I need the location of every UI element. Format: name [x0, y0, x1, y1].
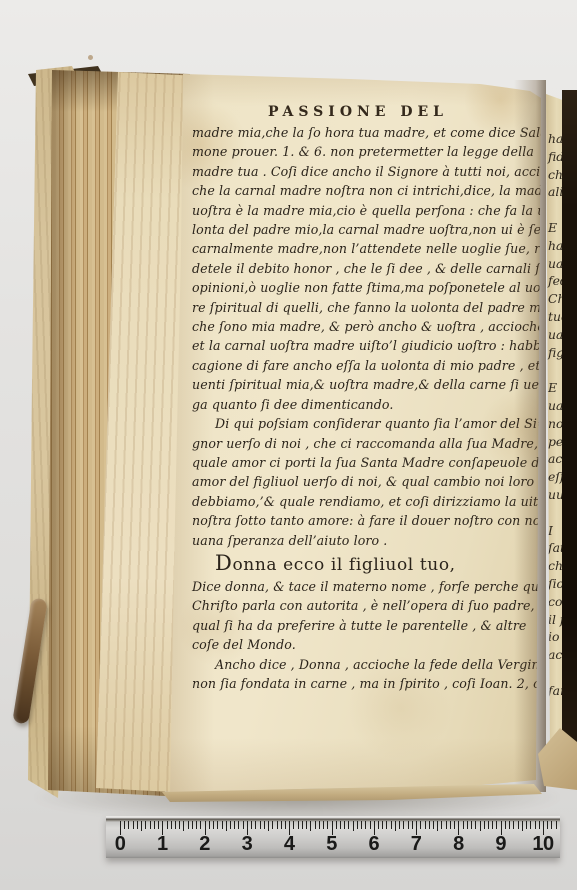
text-line: mone prouer. 1. & 6. non pretermetter la…: [192, 142, 542, 161]
ruler-tick: [285, 821, 286, 829]
ruler-tick: [454, 821, 455, 829]
verse-heading: Donna ecco il figliuol tuo,: [192, 552, 542, 576]
ruler-tick: [378, 821, 379, 829]
ruler-tick: [175, 821, 176, 829]
text-line: Ancho dice , Donna , accioche la fede de…: [192, 655, 542, 674]
ruler-tick: [492, 821, 493, 829]
ruler-tick: [306, 821, 307, 829]
running-head: PASSIONE DEL: [182, 104, 534, 120]
ruler-tick: [302, 821, 303, 829]
ruler-tick: [281, 821, 282, 829]
ruler-tick: [217, 821, 218, 829]
ruler-tick: [539, 821, 540, 829]
text-line: gnor uerſo di noi , che ci raccomanda al…: [192, 434, 542, 453]
ruler-number: 3: [242, 833, 253, 856]
ruler-tick: [437, 821, 438, 831]
ruler-numbers: 012345678910: [106, 833, 560, 857]
ruler-tick: [556, 821, 557, 829]
ruler-tick: [429, 821, 430, 829]
ruler-tick: [255, 821, 256, 829]
ruler-number: 2: [199, 833, 210, 856]
ruler-tick: [475, 821, 476, 829]
ruler-tick: [361, 821, 362, 829]
ruler-tick: [145, 821, 146, 829]
text-line: re ſpiritual di quelli, che fanno la uol…: [192, 298, 542, 317]
ruler-tick: [530, 821, 531, 829]
ruler-tick: [141, 821, 142, 831]
ruler-tick: [348, 821, 349, 829]
ruler-tick: [154, 821, 155, 829]
ruler-tick: [480, 821, 481, 831]
gutter-shadow: [514, 80, 546, 792]
ruler-tick: [433, 821, 434, 829]
text-line: carnalmente madre,non l’attendete nelle …: [192, 239, 542, 258]
ruler-number: 0: [115, 833, 126, 856]
text-line: qual ſi ha da preferire à tutte le paren…: [192, 616, 542, 635]
ruler-tick: [260, 821, 261, 829]
ruler-tick: [391, 821, 392, 829]
text-line: debbiamo,’& quale rendiamo, et coſi diri…: [192, 492, 542, 511]
ruler-number: 7: [411, 833, 422, 856]
text-block: madre mia,che la ſo hora tua madre, et c…: [192, 123, 542, 693]
ruler-tick: [167, 821, 168, 829]
ruler-tick: [323, 821, 324, 829]
text-line: che la carnal madre noſtra non ci intric…: [192, 181, 542, 200]
ruler-tick: [133, 821, 134, 829]
ruler-tick: [277, 821, 278, 829]
ruler-tick: [547, 821, 548, 829]
text-line: coſe del Mondo.: [192, 635, 542, 654]
paragraph: madre mia,che la ſo hora tua madre, et c…: [192, 123, 542, 414]
ruler-tick: [222, 821, 223, 829]
text-line: non ſia fondata in carne , ma in ſpirito…: [192, 674, 542, 693]
text-line: noſtra ſotto tanto amore: à fare il doue…: [192, 511, 542, 530]
text-line: che ſono mia madre, & però ancho & uoſtr…: [192, 317, 542, 336]
text-line: Di qui poſsiam conſiderar quanto ſia l’a…: [192, 414, 542, 433]
text-line: uoſtra è la madre mia,cio è quella perſo…: [192, 201, 542, 220]
ruler-tick: [327, 821, 328, 829]
ruler-tick: [463, 821, 464, 829]
ruler-tick: [188, 821, 189, 829]
ruler-tick: [370, 821, 371, 829]
ruler-tick: [526, 821, 527, 829]
ruler-tick: [386, 821, 387, 829]
ruler-tick: [158, 821, 159, 829]
ruler-number: 1: [157, 833, 168, 856]
ruler-tick: [251, 821, 252, 829]
ruler-number: 9: [495, 833, 506, 856]
ruler-tick: [272, 821, 273, 829]
ruler-tick: [319, 821, 320, 829]
text-line: uenti ſpiritual mia,& uoſtra madre,& del…: [192, 375, 542, 394]
ruler-tick: [496, 821, 497, 829]
text-line: detele il debito honor , che le ſi dee ,…: [192, 259, 542, 278]
ruler-tick: [357, 821, 358, 829]
text-line: Donna ecco il figliuol tuo,: [192, 552, 542, 576]
ruler-tick: [336, 821, 337, 829]
ruler-tick: [298, 821, 299, 829]
photo-scene: PASSIONE DEL madre mia,che la ſo hora tu…: [0, 0, 577, 890]
ruler-number: 5: [326, 833, 337, 856]
paragraph: Ancho dice , Donna , accioche la fede de…: [192, 655, 542, 694]
ruler-tick: [128, 821, 129, 829]
ruler-tick: [518, 821, 519, 829]
text-line: madre mia,che la ſo hora tua madre, et c…: [192, 123, 542, 142]
ruler-tick: [315, 821, 316, 829]
ruler-tick: [513, 821, 514, 829]
ruler-tick: [522, 821, 523, 831]
ruler-tick: [551, 821, 552, 829]
ruler-tick: [264, 821, 265, 829]
ruler-number: 8: [453, 833, 464, 856]
ruler-number: 6: [368, 833, 379, 856]
ruler: 012345678910: [106, 816, 560, 858]
text-line: opinioni,ò uoglie non fatte ſtima,ma poſ…: [192, 278, 542, 297]
paragraph: Dice donna, & tace il materno nome , for…: [192, 577, 542, 655]
ruler-tick: [293, 821, 294, 829]
ruler-tick: [365, 821, 366, 829]
ruler-tick: [230, 821, 231, 829]
text-line: cagione di fare ancho eſſa la uolonta di…: [192, 356, 542, 375]
ruler-tick: [124, 821, 125, 829]
ruler-tick: [209, 821, 210, 829]
ruler-tick: [488, 821, 489, 829]
ruler-tick: [238, 821, 239, 829]
ruler-tick: [353, 821, 354, 831]
ruler-tick: [471, 821, 472, 829]
ruler-tick: [467, 821, 468, 829]
ruler-tick: [446, 821, 447, 829]
ruler-tick: [268, 821, 269, 831]
ruler-tick: [234, 821, 235, 829]
ruler-tick: [450, 821, 451, 829]
text-line: uana ſperanza dell’aiuto loro .: [192, 531, 542, 550]
ruler-tick: [382, 821, 383, 829]
right-page-edge-shadow: [562, 90, 577, 746]
ruler-tick: [183, 821, 184, 831]
ruler-tick: [192, 821, 193, 829]
ruler-tick: [408, 821, 409, 829]
ruler-tick: [200, 821, 201, 829]
ruler-tick: [344, 821, 345, 829]
text-line: quale amor ci porti la ſua Santa Madre c…: [192, 453, 542, 472]
ruler-tick: [399, 821, 400, 829]
ruler-tick: [425, 821, 426, 829]
main-page: PASSIONE DEL madre mia,che la ſo hora tu…: [156, 68, 544, 796]
ruler-number: 4: [284, 833, 295, 856]
ruler-tick: [196, 821, 197, 829]
text-line: et la carnal uoſtra madre uiſto’l giudic…: [192, 336, 542, 355]
ruler-tick: [420, 821, 421, 829]
text-line: amor del figliuol uerſo di noi, & qual c…: [192, 472, 542, 491]
ruler-tick: [403, 821, 404, 829]
text-line: madre tua . Coſi dice ancho il Signore à…: [192, 162, 542, 181]
ruler-tick: [243, 821, 244, 829]
ruler-tick: [505, 821, 506, 829]
ruler-tick: [412, 821, 413, 829]
ruler-tick: [535, 821, 536, 829]
ruler-tick: [226, 821, 227, 831]
paragraph: Di qui poſsiam conſiderar quanto ſia l’a…: [192, 414, 542, 550]
ruler-tick: [310, 821, 311, 831]
ruler-tick: [509, 821, 510, 829]
ruler-tick: [171, 821, 172, 829]
text-line: lonta del padre mio,la carnal madre uoſt…: [192, 220, 542, 239]
ruler-tick: [441, 821, 442, 829]
ruler-tick: [340, 821, 341, 829]
ruler-tick: [150, 821, 151, 829]
text-line: ga quanto ſi dee dimenticando.: [192, 395, 542, 414]
ruler-tick: [179, 821, 180, 829]
ruler-tick: [395, 821, 396, 831]
text-line: Dice donna, & tace il materno nome , for…: [192, 577, 542, 596]
ruler-tick: [213, 821, 214, 829]
ruler-number: 10: [532, 833, 553, 856]
ruler-tick: [484, 821, 485, 829]
text-line: Chriſto parla con autorita , è nell’oper…: [192, 596, 542, 615]
ruler-tick: [137, 821, 138, 829]
dust-speck: [88, 55, 93, 60]
